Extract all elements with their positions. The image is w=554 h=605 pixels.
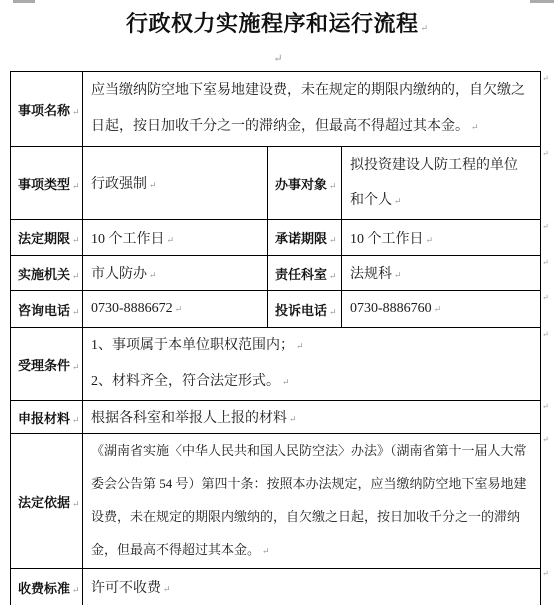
- pilcrow-icon: ↵: [72, 307, 80, 317]
- pilcrow-icon: ↵: [149, 180, 157, 190]
- condition-line-1: 1、事项属于本单位职权范围内；↵: [91, 328, 528, 364]
- item-name-label-cell: 事项名称↵: [11, 72, 83, 147]
- pilcrow-icon: ↵: [282, 377, 290, 387]
- pilcrow-icon: ↵: [72, 271, 80, 281]
- pilcrow-icon: ↵: [426, 235, 434, 245]
- legal-basis-label-cell: 法定依据↵: [11, 434, 83, 569]
- pilcrow-icon: ↵: [175, 304, 183, 314]
- page-title-text: 行政权力实施程序和运行流程: [126, 11, 419, 36]
- responsible-office-label-cell: 责任科室↵: [268, 256, 342, 291]
- item-type-value-cell: 行政强制↵: [83, 147, 268, 220]
- procedure-table: 事项名称↵ 应当缴纳防空地下室易地建设费，未在规定的期限内缴纳的，自欠缴之日起，…: [10, 71, 541, 605]
- page-title: 行政权力实施程序和运行流程↵: [0, 7, 554, 38]
- table-row: 事项名称↵ 应当缴纳防空地下室易地建设费，未在规定的期限内缴纳的，自欠缴之日起，…: [11, 72, 541, 147]
- row-end-mark-icon: ↵: [542, 75, 554, 83]
- document-page: 行政权力实施程序和运行流程↵ ↵ 事项名称↵ 应当缴纳防空地下室易地建设费，未在…: [0, 0, 554, 605]
- fee-standard-label-cell: 收费标准↵: [11, 569, 83, 605]
- row-end-mark-icon: ↵: [542, 331, 554, 339]
- pilcrow-icon: ↵: [273, 53, 282, 65]
- acceptance-conditions-label-cell: 受理条件↵: [11, 328, 83, 401]
- promised-period-value-cell: 10 个工作日↵: [342, 220, 541, 256]
- row-end-mark-icon: ↵: [542, 403, 554, 411]
- condition-line-2: 2、材料齐全，符合法定形式。↵: [91, 364, 528, 400]
- statutory-period-label-cell: 法定期限↵: [11, 220, 83, 256]
- table-row: 收费标准↵ 许可不收费↵: [11, 569, 541, 605]
- pilcrow-icon: ↵: [72, 415, 80, 425]
- legal-basis-value-cell: 《湖南省实施〈中华人民共和国人民防空法〉办法》（湖南省第十一届人大常委会公告第 …: [83, 434, 541, 569]
- item-type-label-cell: 事项类型↵: [11, 147, 83, 220]
- implementing-agency-value-cell: 市人防办↵: [83, 256, 268, 291]
- pilcrow-icon: ↵: [329, 271, 337, 281]
- pilcrow-icon: ↵: [329, 181, 337, 191]
- table-row: 事项类型↵ 行政强制↵ 办事对象↵ 拟投资建设人防工程的单位和个人↵: [11, 147, 541, 220]
- pilcrow-icon: ↵: [72, 181, 80, 191]
- pilcrow-icon: ↵: [163, 584, 171, 594]
- row-end-mark-icon: ↵: [542, 150, 554, 158]
- table-row: 受理条件↵ 1、事项属于本单位职权范围内；↵ 2、材料齐全，符合法定形式。↵: [11, 328, 541, 401]
- pilcrow-icon: ↵: [420, 23, 428, 33]
- consult-phone-label-cell: 咨询电话↵: [11, 291, 83, 328]
- table-row: 实施机关↵ 市人防办↵ 责任科室↵ 法规科↵: [11, 256, 541, 291]
- pilcrow-icon: ↵: [329, 307, 337, 317]
- pilcrow-icon: ↵: [72, 362, 80, 372]
- pilcrow-icon: ↵: [262, 546, 270, 556]
- pilcrow-icon: ↵: [394, 196, 402, 206]
- row-end-mark-icon: ↵: [542, 259, 554, 267]
- fee-standard-value-cell: 许可不收费↵: [83, 569, 541, 605]
- row-end-mark-icon: ↵: [542, 436, 554, 444]
- service-object-label-cell: 办事对象↵: [268, 147, 342, 220]
- application-materials-label-cell: 申报材料↵: [11, 401, 83, 434]
- pilcrow-icon: ↵: [167, 235, 175, 245]
- promised-period-label-cell: 承诺期限↵: [268, 220, 342, 256]
- row-end-mark-icon: ↵: [542, 570, 554, 578]
- implementing-agency-label-cell: 实施机关↵: [11, 256, 83, 291]
- pilcrow-icon: ↵: [72, 235, 80, 245]
- pilcrow-icon: ↵: [471, 122, 479, 132]
- application-materials-value-cell: 根据各科室和举报人上报的材料↵: [83, 401, 541, 434]
- table-row: 申报材料↵ 根据各科室和举报人上报的材料↵: [11, 401, 541, 434]
- pilcrow-icon: ↵: [329, 235, 337, 245]
- responsible-office-value-cell: 法规科↵: [342, 256, 541, 291]
- table-row: 法定期限↵ 10 个工作日↵ 承诺期限↵ 10 个工作日↵: [11, 220, 541, 256]
- row-end-mark-icon: ↵: [542, 223, 554, 231]
- item-name-value-cell: 应当缴纳防空地下室易地建设费，未在规定的期限内缴纳的，自欠缴之日起，按日加收千分…: [83, 72, 541, 147]
- table-row: 法定依据↵ 《湖南省实施〈中华人民共和国人民防空法〉办法》（湖南省第十一届人大常…: [11, 434, 541, 569]
- service-object-value-cell: 拟投资建设人防工程的单位和个人↵: [342, 147, 541, 220]
- acceptance-conditions-value-cell: 1、事项属于本单位职权范围内；↵ 2、材料齐全，符合法定形式。↵: [83, 328, 541, 401]
- row-end-mark-icon: ↵: [542, 294, 554, 302]
- pilcrow-icon: ↵: [72, 107, 80, 117]
- pilcrow-icon: ↵: [72, 499, 80, 509]
- consult-phone-value-cell: 0730-8886672↵: [83, 291, 268, 328]
- ruler-fragment-right: [530, 0, 554, 3]
- pilcrow-icon: ↵: [289, 414, 297, 424]
- pilcrow-icon: ↵: [394, 270, 402, 280]
- complaint-phone-value-cell: 0730-8886760↵: [342, 291, 541, 328]
- ruler-fragment-left: [13, 0, 35, 3]
- complaint-phone-label-cell: 投诉电话↵: [268, 291, 342, 328]
- statutory-period-value-cell: 10 个工作日↵: [83, 220, 268, 256]
- empty-paragraph: ↵: [0, 49, 554, 67]
- pilcrow-icon: ↵: [72, 585, 80, 595]
- table-row: 咨询电话↵ 0730-8886672↵ 投诉电话↵ 0730-8886760↵: [11, 291, 541, 328]
- pilcrow-icon: ↵: [296, 341, 304, 351]
- pilcrow-icon: ↵: [149, 270, 157, 280]
- pilcrow-icon: ↵: [434, 304, 442, 314]
